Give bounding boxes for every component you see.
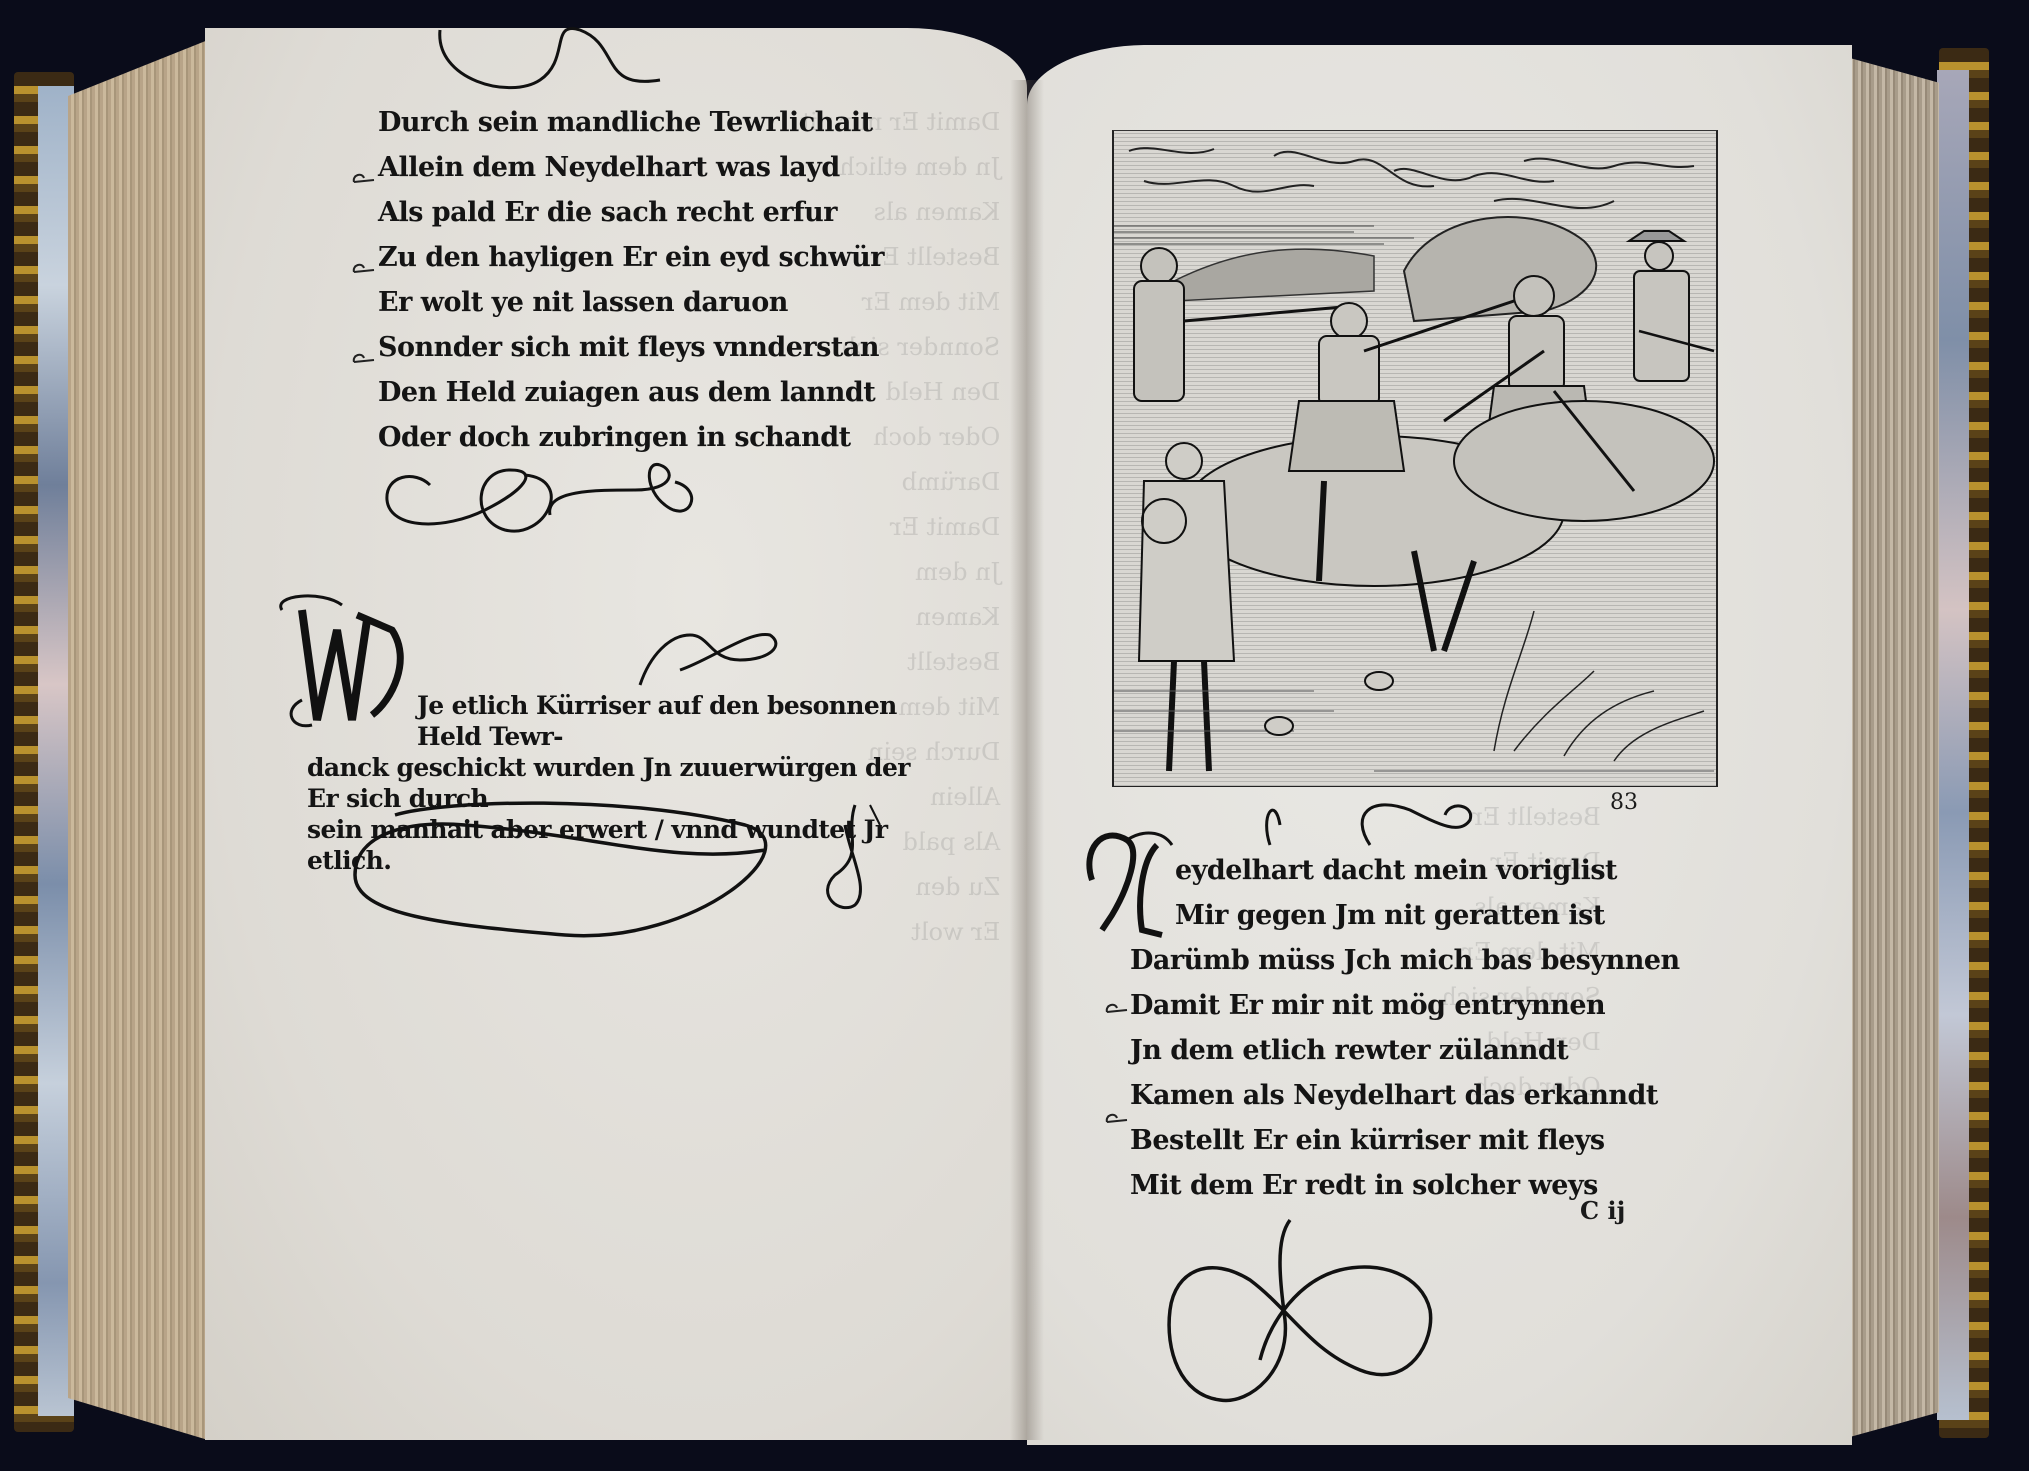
- verse-line: Darümb müss Jch mich bas besynnen: [1130, 938, 1680, 983]
- calligraphic-flourish-right-top: [1260, 795, 1480, 855]
- verse-line: Kamen als Neydelhart das erkanndt: [1130, 1073, 1680, 1118]
- verse-line: Damit Er mir nit mög entrynnen: [1130, 983, 1680, 1028]
- signature-mark: C ij: [1580, 1196, 1625, 1225]
- paragraph-marks-left: [352, 170, 382, 430]
- paragraph-marks-right: [1105, 1000, 1135, 1140]
- verse-line: Bestellt Er ein kürriser mit fleys: [1130, 1118, 1680, 1163]
- marbled-endpaper-right: [1937, 70, 1969, 1420]
- verse-line: Oder doch zubringen in schandt: [378, 415, 884, 460]
- book-gutter: [1010, 80, 1044, 1440]
- verse-line: Als pald Er die sach recht erfur: [378, 190, 884, 235]
- woodcut-scene: [1114, 131, 1716, 786]
- verse-line: Den Held zuiagen aus dem lanndt: [378, 370, 884, 415]
- left-page-verses: Durch sein mandliche Tewrlichait Allein …: [378, 100, 884, 460]
- calligraphic-flourish-infinity: [1160, 1220, 1460, 1420]
- calligraphic-flourish-large-left: [345, 795, 905, 975]
- verse-line: Zu den hayligen Er ein eyd schwür: [378, 235, 884, 280]
- verse-line: Allein dem Neydelhart was layd: [378, 145, 884, 190]
- page-number: 83: [1610, 790, 1638, 815]
- calligraphic-flourish-mid: [375, 460, 695, 540]
- verse-line: eydelhart dacht mein voriglist: [1130, 848, 1680, 893]
- right-page-verses: eydelhart dacht mein voriglist Mir gegen…: [1130, 848, 1680, 1208]
- calligraphic-flourish-heading: [630, 630, 790, 690]
- verse-line: Mir gegen Jm nit geratten ist: [1130, 893, 1680, 938]
- verse-line: Sonnder sich mit fleys vnnderstan: [378, 325, 884, 370]
- verse-line: Er wolt ye nit lassen daruon: [378, 280, 884, 325]
- calligraphic-flourish-top: [430, 20, 670, 110]
- page-block-edge-right: [1839, 55, 1939, 1440]
- woodcut-illustration: [1112, 130, 1718, 787]
- page-block-edge-left: [68, 40, 208, 1440]
- chapter-heading-line: Je etlich Kürriser auf den besonnen Held…: [307, 690, 947, 752]
- verse-line: Durch sein mandliche Tewrlichait: [378, 100, 884, 145]
- verse-line: Jn dem etlich rewter zülanndt: [1130, 1028, 1680, 1073]
